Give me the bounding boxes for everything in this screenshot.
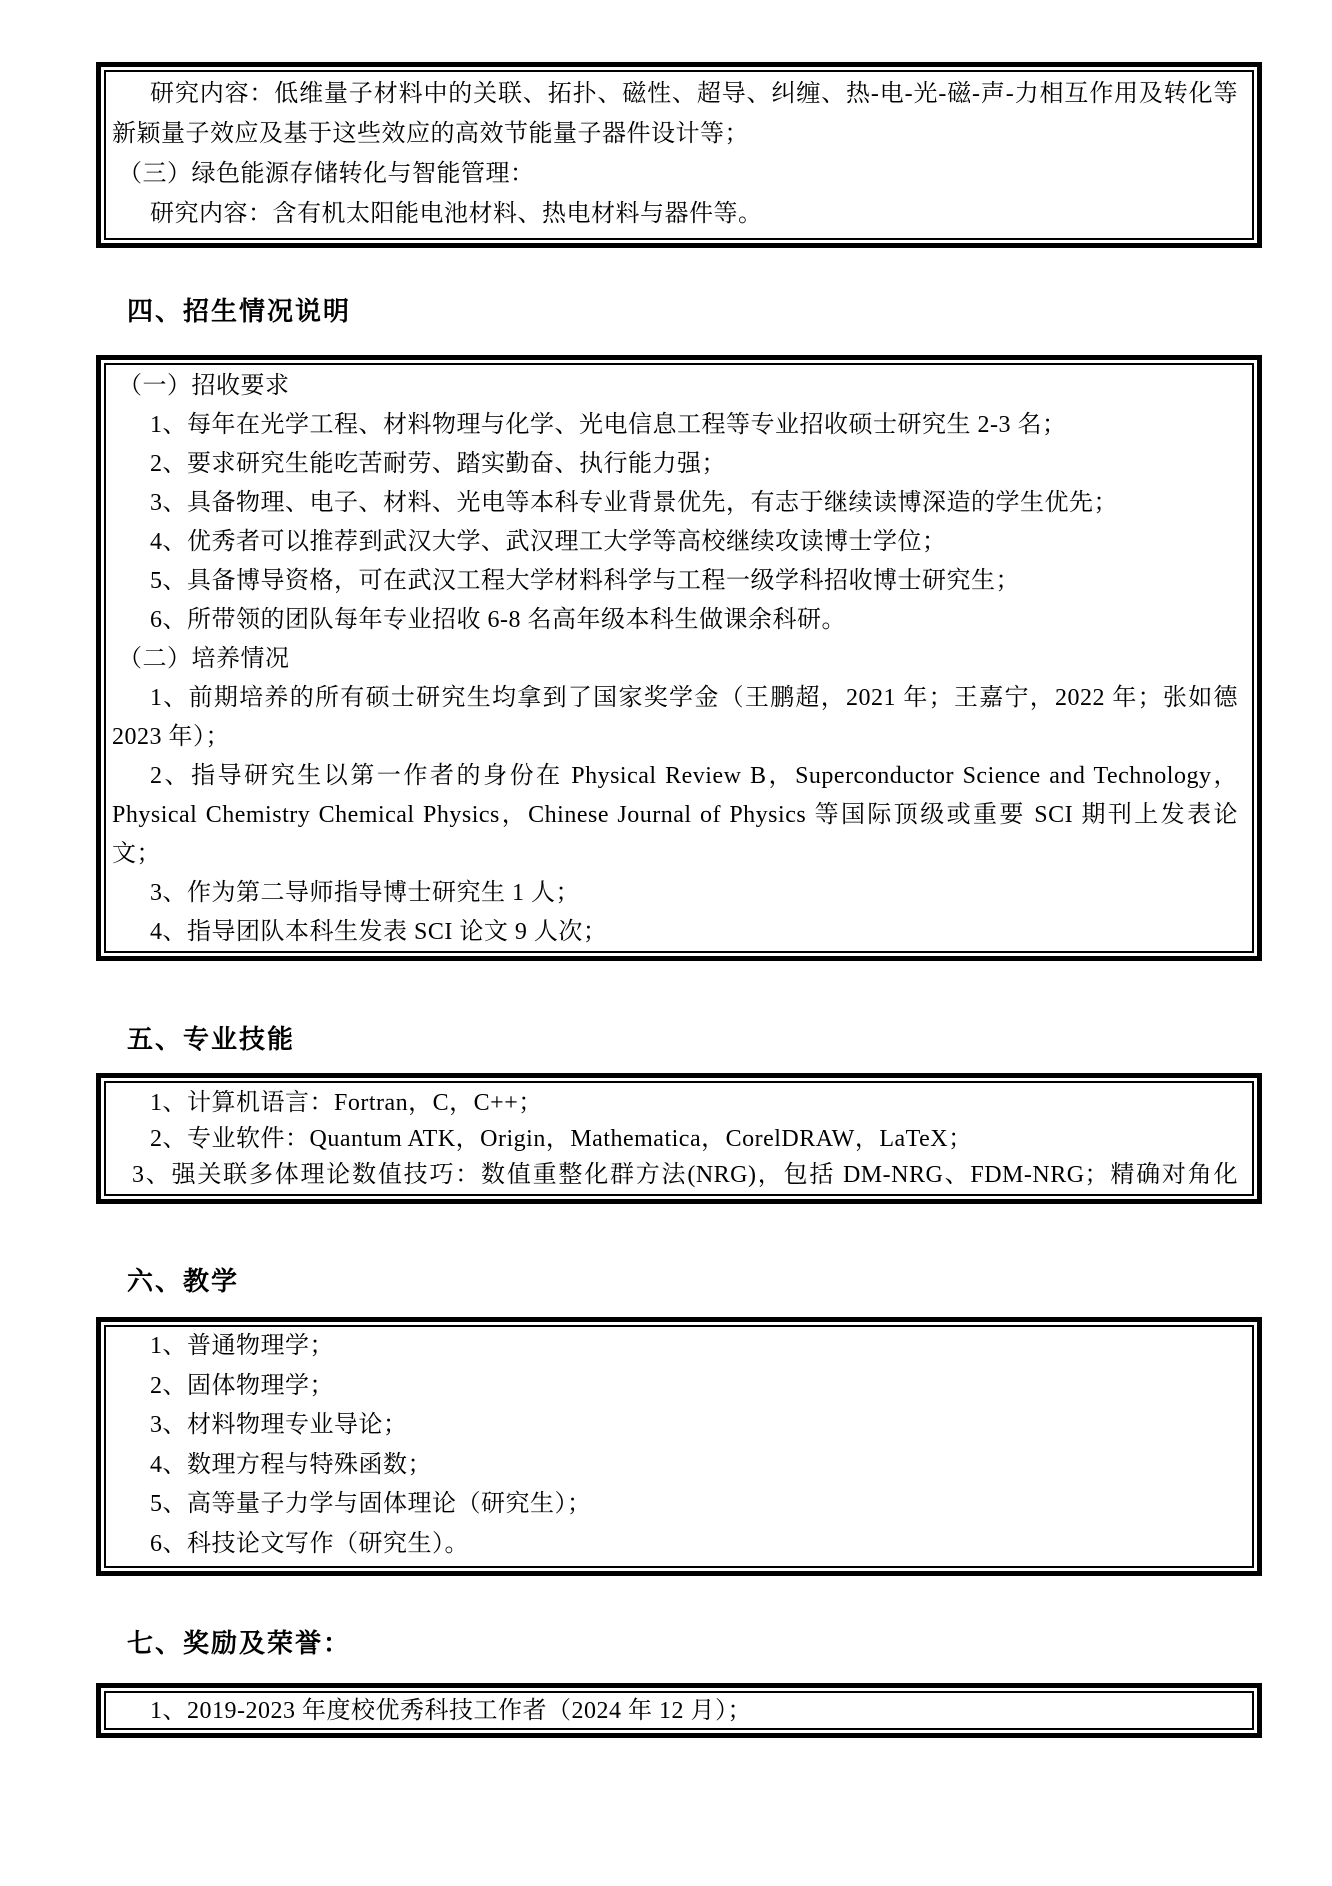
research-content-paragraph: 研究内容：含有机太阳能电池材料、热电材料与器件等。 (112, 194, 1238, 234)
section-heading-admission: 四、招生情况说明 (127, 296, 351, 328)
research-direction-3-label: （三）绿色能源存储转化与智能管理： (112, 154, 1238, 194)
teaching-item: 1、普通物理学； (112, 1327, 1238, 1367)
awards-box: 1、2019-2023 年度校优秀科技工作者（2024 年 12 月）； (96, 1683, 1262, 1738)
admission-subheading-requirements: （一）招收要求 (112, 367, 1238, 406)
training-item: 1、前期培养的所有硕士研究生均拿到了国家奖学金（王鹏超，2021 年；王嘉宁，2… (112, 679, 1238, 757)
awards-box-inner: 1、2019-2023 年度校优秀科技工作者（2024 年 12 月）； (104, 1691, 1254, 1730)
training-item: 2、指导研究生以第一作者的身份在 Physical Review B，Super… (112, 757, 1238, 874)
section-heading-awards: 七、奖励及荣誉： (127, 1628, 351, 1660)
teaching-item: 5、高等量子力学与固体理论（研究生）； (112, 1485, 1238, 1525)
research-content-box-inner: 研究内容：低维量子材料中的关联、拓扑、磁性、超导、纠缠、热-电-光-磁-声-力相… (104, 70, 1254, 240)
research-content-box: 研究内容：低维量子材料中的关联、拓扑、磁性、超导、纠缠、热-电-光-磁-声-力相… (96, 62, 1262, 248)
admission-box-inner: （一）招收要求 1、每年在光学工程、材料物理与化学、光电信息工程等专业招收硕士研… (104, 363, 1254, 953)
admission-item: 6、所带领的团队每年专业招收 6-8 名高年级本科生做课余科研。 (112, 601, 1238, 640)
teaching-box-inner: 1、普通物理学； 2、固体物理学； 3、材料物理专业导论； 4、数理方程与特殊函… (104, 1325, 1254, 1568)
document-page: { "document": { "intro_box": { "paragrap… (0, 0, 1332, 1886)
teaching-item: 2、固体物理学； (112, 1367, 1238, 1407)
skills-item: 2、专业软件：Quantum ATK，Origin，Mathematica，Co… (112, 1121, 1238, 1157)
admission-box: （一）招收要求 1、每年在光学工程、材料物理与化学、光电信息工程等专业招收硕士研… (96, 355, 1262, 961)
teaching-item: 4、数理方程与特殊函数； (112, 1446, 1238, 1486)
admission-item: 3、具备物理、电子、材料、光电等本科专业背景优先，有志于继续读博深造的学生优先； (112, 484, 1238, 523)
training-item: 3、作为第二导师指导博士研究生 1 人； (112, 874, 1238, 913)
admission-subheading-training: （二）培养情况 (112, 640, 1238, 679)
skills-item: 3、强关联多体理论数值技巧：数值重整化群方法(NRG)，包括 DM-NRG、FD… (112, 1157, 1238, 1196)
skills-item: 1、计算机语言：Fortran，C，C++； (112, 1085, 1238, 1121)
training-item: 4、指导团队本科生发表 SCI 论文 9 人次； (112, 913, 1238, 952)
research-content-paragraph: 研究内容：低维量子材料中的关联、拓扑、磁性、超导、纠缠、热-电-光-磁-声-力相… (112, 74, 1238, 154)
teaching-item: 6、科技论文写作（研究生）。 (112, 1525, 1238, 1565)
admission-item: 1、每年在光学工程、材料物理与化学、光电信息工程等专业招收硕士研究生 2-3 名… (112, 406, 1238, 445)
skills-box-inner: 1、计算机语言：Fortran，C，C++； 2、专业软件：Quantum AT… (104, 1081, 1254, 1196)
teaching-box: 1、普通物理学； 2、固体物理学； 3、材料物理专业导论； 4、数理方程与特殊函… (96, 1317, 1262, 1576)
teaching-item: 3、材料物理专业导论； (112, 1406, 1238, 1446)
admission-item: 4、优秀者可以推荐到武汉大学、武汉理工大学等高校继续攻读博士学位； (112, 523, 1238, 562)
training-item: 5、指导本科生获省优学士论文 3 项。 (112, 952, 1238, 953)
awards-item: 1、2019-2023 年度校优秀科技工作者（2024 年 12 月）； (112, 1694, 1238, 1728)
skills-box: 1、计算机语言：Fortran，C，C++； 2、专业软件：Quantum AT… (96, 1073, 1262, 1204)
section-heading-teaching: 六、教学 (127, 1266, 239, 1298)
section-heading-skills: 五、专业技能 (127, 1024, 295, 1056)
admission-item: 5、具备博导资格，可在武汉工程大学材料科学与工程一级学科招收博士研究生； (112, 562, 1238, 601)
admission-item: 2、要求研究生能吃苦耐劳、踏实勤奋、执行能力强； (112, 445, 1238, 484)
